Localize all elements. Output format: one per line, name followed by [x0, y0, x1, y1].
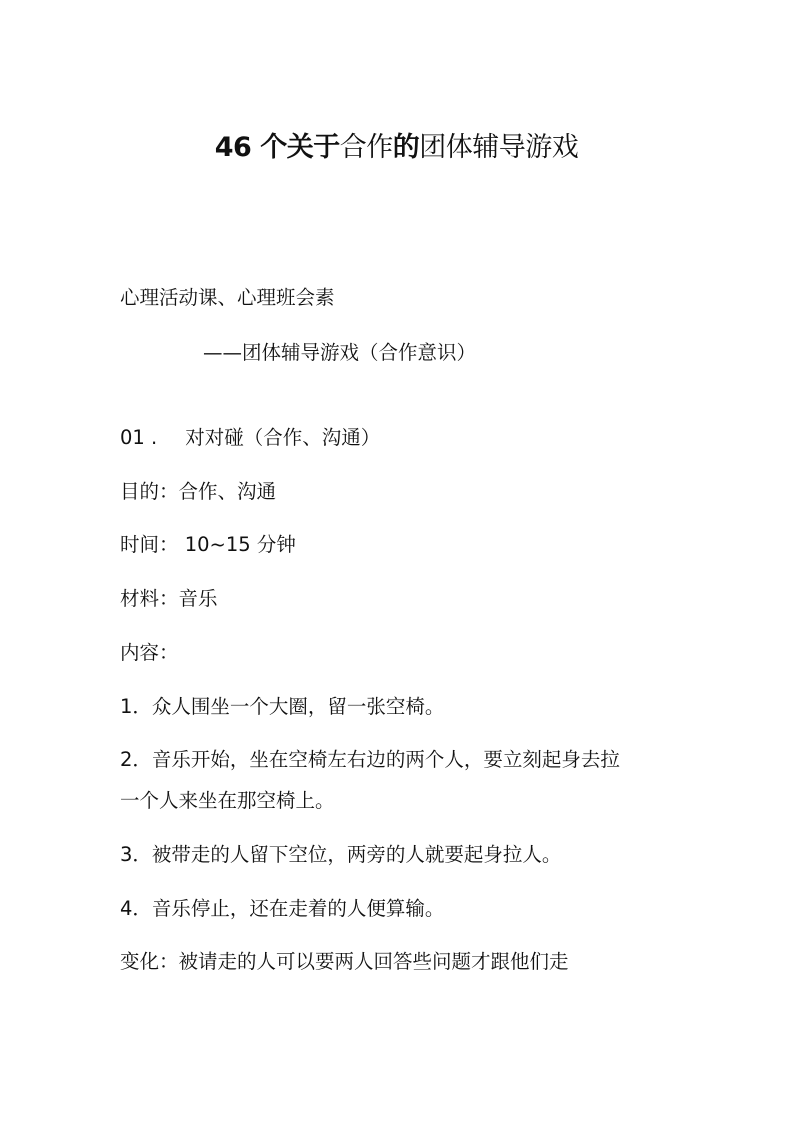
- step-2-continued: 一个人来坐在那空椅上。: [120, 786, 335, 816]
- page-title: 46 个关于合作的团体辅导游戏: [0, 128, 793, 168]
- game-time: 时间： 10~15 分钟: [120, 530, 296, 560]
- subtitle: 心理活动课、心理班会素: [120, 283, 335, 313]
- title-part: 合作: [340, 132, 393, 163]
- variation: 变化：被请走的人可以要两人回答些问题才跟他们走: [120, 947, 569, 977]
- subtitle-line-2: ——团体辅导游戏（合作意识）: [203, 338, 476, 368]
- title-part: 的: [393, 132, 420, 163]
- game-purpose: 目的：合作、沟通: [120, 477, 276, 507]
- game-number: 01 .: [120, 426, 157, 449]
- step-2: 2．音乐开始，坐在空椅左右边的两个人，要立刻起身去拉: [120, 745, 620, 775]
- game-heading: 01 .对对碰（合作、沟通）: [120, 423, 380, 453]
- title-part: 团体辅导游戏: [419, 132, 578, 163]
- title-part: 46 个关于: [215, 132, 340, 163]
- step-1: 1．众人围坐一个大圈，留一张空椅。: [120, 692, 444, 722]
- step-3: 3．被带走的人留下空位，两旁的人就要起身拉人。: [120, 840, 561, 870]
- game-materials: 材料：音乐: [120, 584, 218, 614]
- step-4: 4．音乐停止，还在走着的人便算输。: [120, 894, 444, 924]
- game-name: 对对碰（合作、沟通）: [185, 426, 380, 449]
- content-label: 内容：: [120, 638, 179, 668]
